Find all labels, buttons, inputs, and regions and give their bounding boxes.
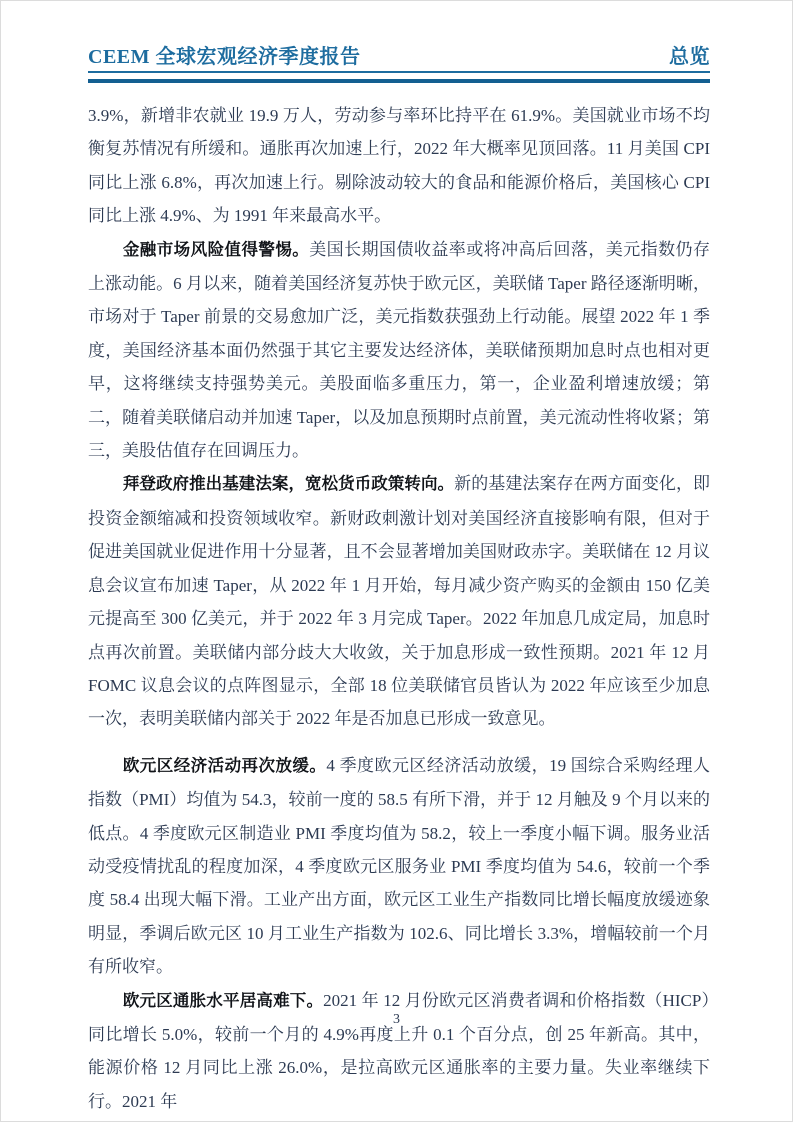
section-label: 总览 <box>669 40 710 69</box>
paragraph-text: 4 季度欧元区经济活动放缓，19 国综合采购经理人指数（PMI）均值为 54.3… <box>88 756 710 976</box>
report-title: CEEM 全球宏观经济季度报告 <box>88 40 361 69</box>
document-page: CEEM 全球宏观经济季度报告 总览 3.9%，新增非农就业 19.9 万人，劳… <box>0 0 793 1122</box>
paragraph-eurozone-inflation: 欧元区通胀水平居高难下。2021 年 12 月份欧元区消费者调和价格指数（HIC… <box>88 984 710 1119</box>
paragraph-text: 新的基建法案存在两方面变化，即投资金额缩减和投资领域收窄。新财政刺激计划对美国经… <box>88 474 710 728</box>
paragraph-biden-policy: 拜登政府推出基建法案，宽松货币政策转向。新的基建法案存在两方面变化，即投资金额缩… <box>88 467 710 735</box>
paragraph-lead: 拜登政府推出基建法案，宽松货币政策转向。 <box>123 475 454 493</box>
paragraph-lead: 金融市场风险值得警惕。 <box>123 241 309 259</box>
page-number: 3 <box>0 1012 793 1028</box>
paragraph-lead: 欧元区经济活动再次放缓。 <box>123 757 327 775</box>
paragraph-text: 美国长期国债收益率或将冲高后回落，美元指数仍存上涨动能。6 月以来，随着美国经济… <box>88 240 710 460</box>
report-body: 3.9%，新增非农就业 19.9 万人，劳动参与率环比持平在 61.9%。美国就… <box>88 99 710 1118</box>
header-row: CEEM 全球宏观经济季度报告 总览 <box>88 40 710 73</box>
paragraph-lead: 欧元区通胀水平居高难下。 <box>123 992 323 1010</box>
header-rule <box>88 79 710 83</box>
page-header: CEEM 全球宏观经济季度报告 总览 <box>88 0 710 83</box>
page-content: CEEM 全球宏观经济季度报告 总览 3.9%，新增非农就业 19.9 万人，劳… <box>88 0 710 1118</box>
paragraph-text: 3.9%，新增非农就业 19.9 万人，劳动参与率环比持平在 61.9%。美国就… <box>88 106 710 225</box>
paragraph-financial-risk: 金融市场风险值得警惕。美国长期国债收益率或将冲高后回落，美元指数仍存上涨动能。6… <box>88 233 710 468</box>
paragraph-us-continuation: 3.9%，新增非农就业 19.9 万人，劳动参与率环比持平在 61.9%。美国就… <box>88 99 710 233</box>
paragraph-eurozone-activity: 欧元区经济活动再次放缓。4 季度欧元区经济活动放缓，19 国综合采购经理人指数（… <box>88 749 710 984</box>
